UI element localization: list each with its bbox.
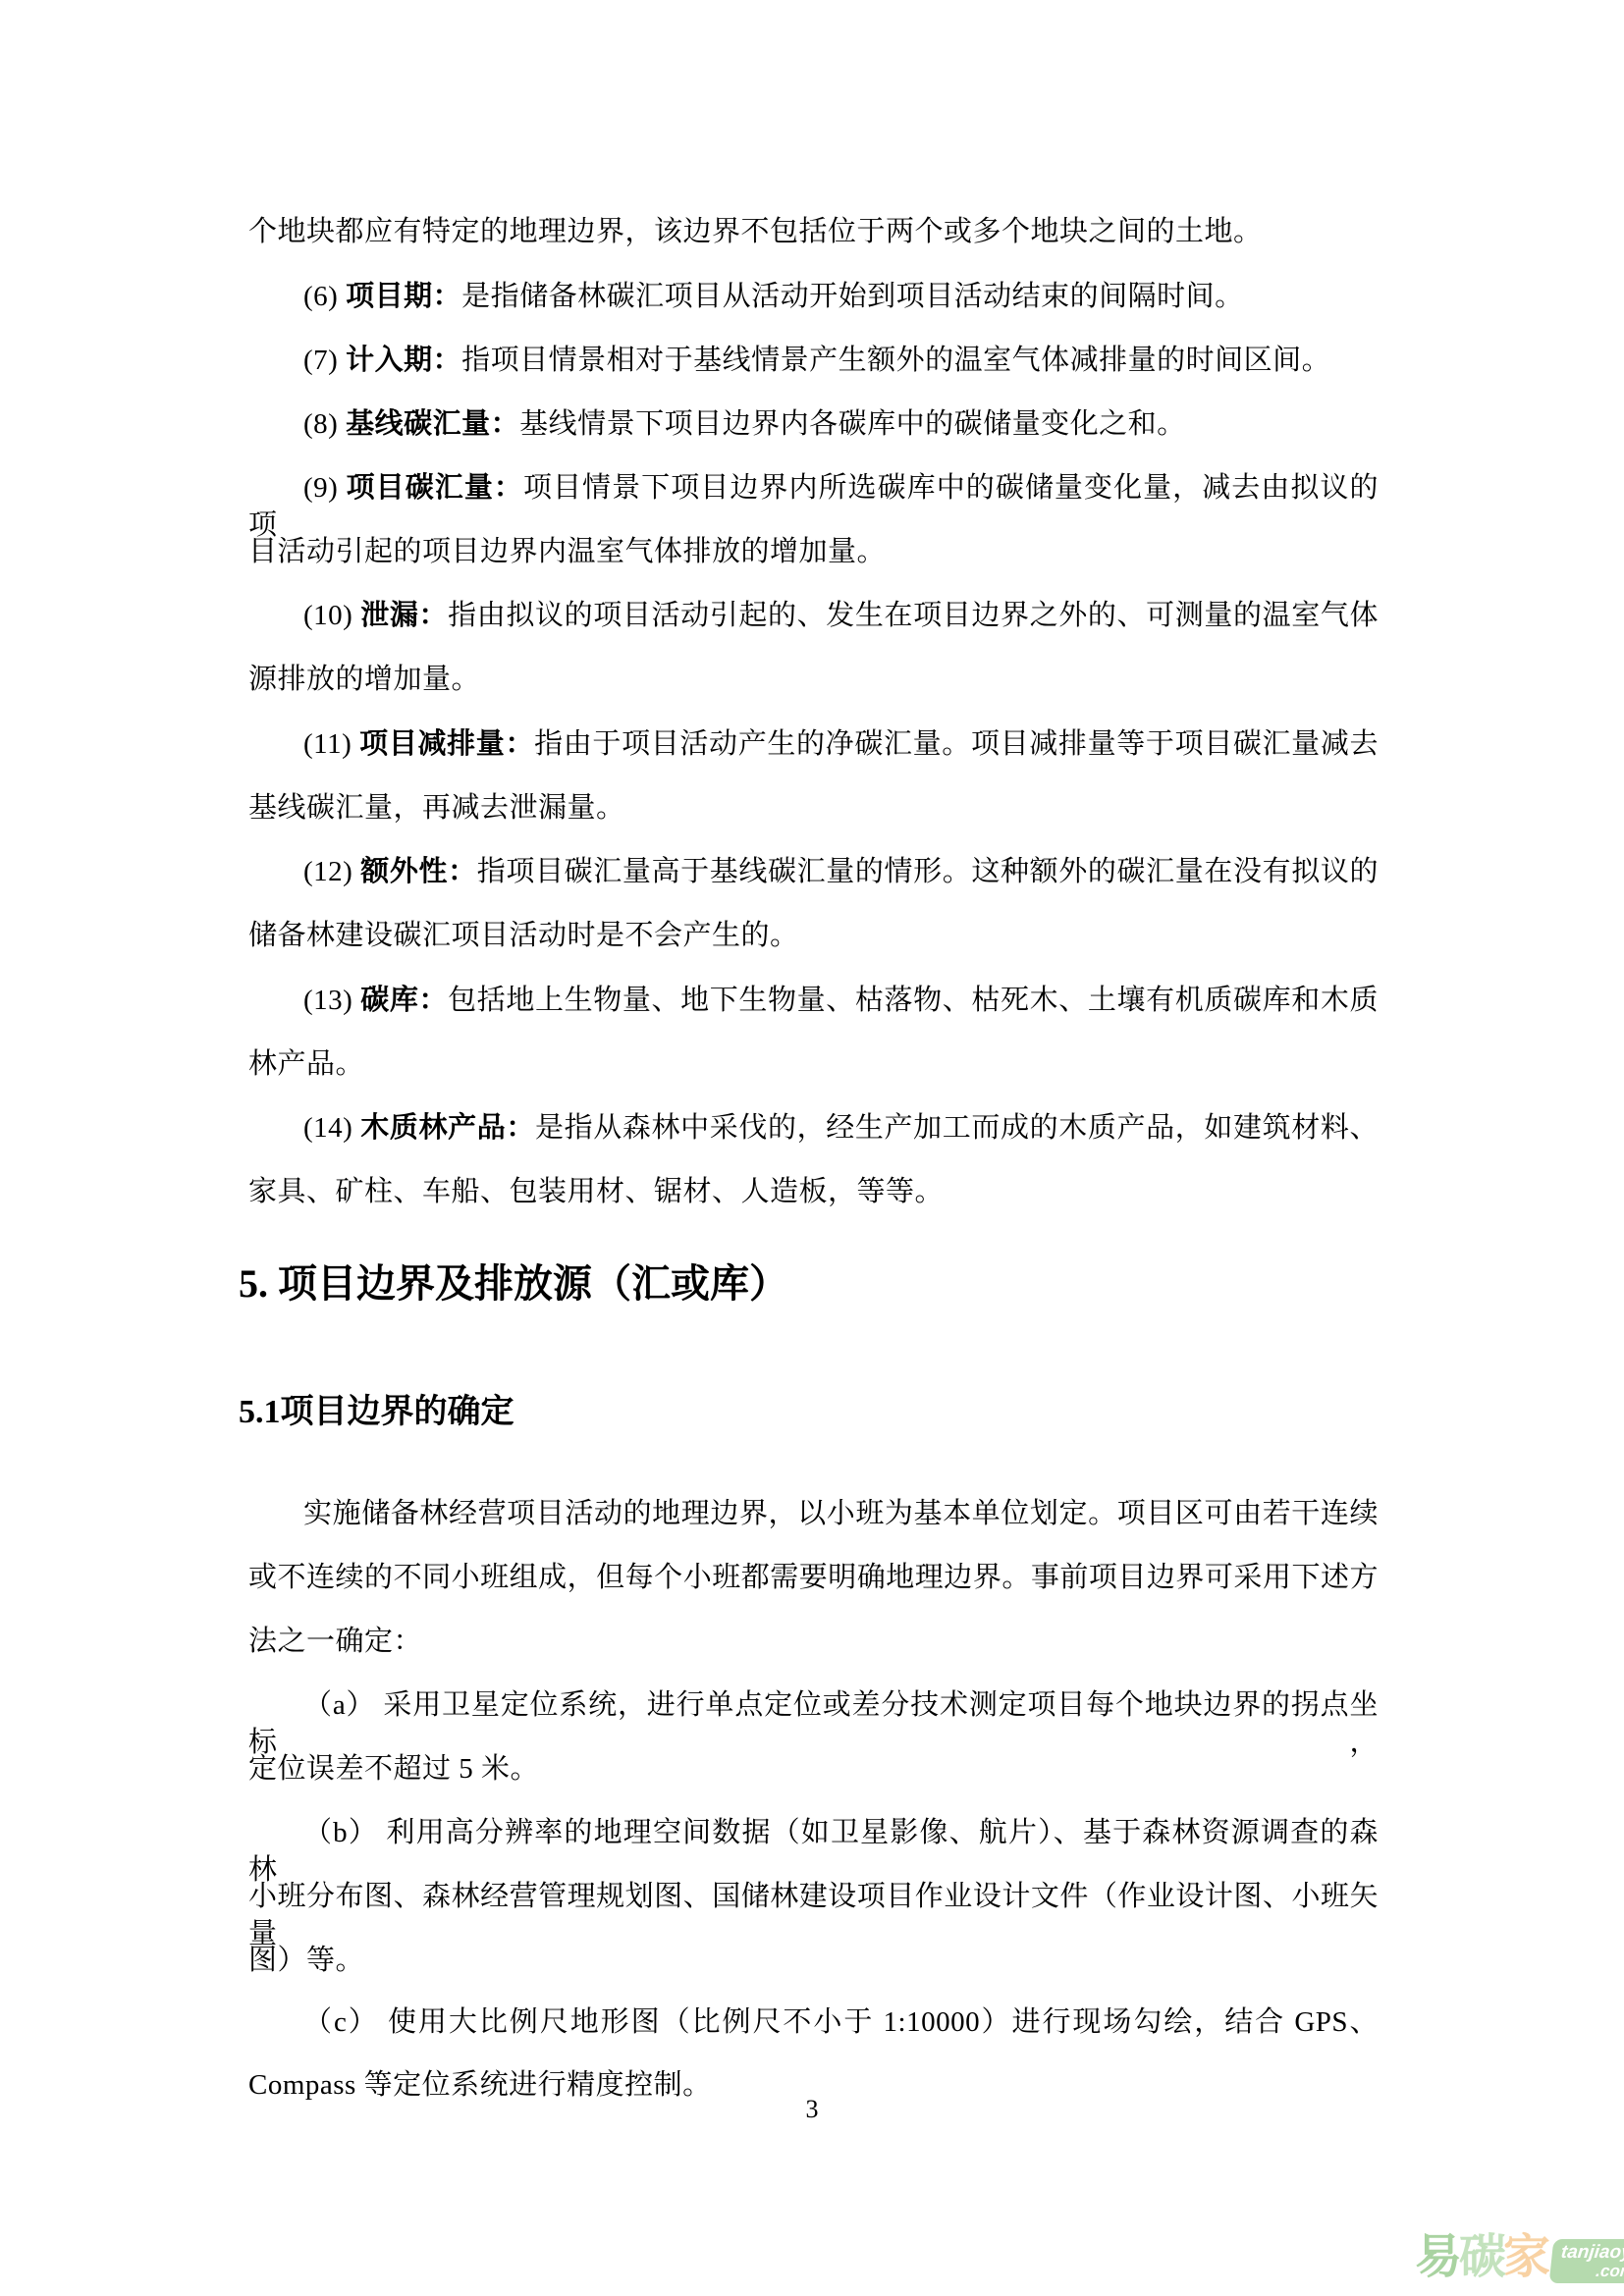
text-line: 或不连续的不同小班组成，但每个小班都需要明确地理边界。事前项目边界可采用下述方 — [248, 1559, 1379, 1596]
text-segment: 储备林建设碳汇项目活动时是不会产生的。 — [248, 920, 799, 951]
text-segment: 图）等。 — [248, 1945, 364, 1976]
text-segment: (9) — [303, 472, 347, 504]
text-line: 法之一确定： — [248, 1623, 1379, 1660]
term-label: 项目期： — [346, 281, 461, 312]
text-segment: 林产品。 — [248, 1048, 364, 1080]
section-heading-5: 5. 项目边界及排放源（汇或库） — [239, 1253, 788, 1308]
text-line: 家具、矿柱、车船、包装用材、锯材、人造板，等等。 — [248, 1173, 1379, 1210]
text-segment: (13) — [303, 985, 360, 1016]
text-segment: 小班分布图、森林经营管理规划图、国储林建设项目作业设计文件（作业设计图、小班矢量 — [248, 1881, 1379, 1949]
term-label: 碳库： — [360, 985, 448, 1016]
term-label: 额外性： — [360, 856, 477, 887]
text-line: (10) 泄漏：指由拟议的项目活动引起的、发生在项目边界之外的、可测量的温室气体 — [248, 597, 1379, 634]
text-segment: 包括地上生物量、地下生物量、枯落物、枯死木、土壤有机质碳库和木质 — [448, 985, 1379, 1016]
text-line: 定位误差不超过 5 米。 — [248, 1750, 1379, 1788]
watermark-char-tan: 碳 — [1459, 2226, 1503, 2289]
term-label: 项目碳汇量： — [347, 472, 523, 504]
text-line: 图）等。 — [248, 1942, 1379, 1979]
term-label: 计入期： — [346, 345, 461, 376]
term-label: 基线碳汇量： — [346, 408, 519, 440]
text-segment: (6) — [303, 281, 346, 312]
text-segment: 实施储备林经营项目活动的地理边界，以小班为基本单位划定。项目区可由若干连续 — [303, 1498, 1379, 1529]
text-line: (14) 木质林产品：是指从森林中采伐的，经生产加工而成的木质产品，如建筑材料、 — [248, 1109, 1379, 1147]
page-number: 3 — [0, 2095, 1624, 2124]
text-segment: 或不连续的不同小班组成，但每个小班都需要明确地理边界。事前项目边界可采用下述方 — [248, 1562, 1379, 1593]
text-segment: (10) — [303, 600, 360, 631]
text-segment: （a） 采用卫星定位系统，进行单点定位或差分技术测定项目每个地块边界的拐点坐标， — [248, 1689, 1379, 1758]
text-line: 个地块都应有特定的地理边界，该边界不包括位于两个或多个地块之间的土地。 — [248, 213, 1379, 250]
watermark-badge-tld: .com — [1558, 2263, 1624, 2279]
text-line: (8) 基线碳汇量：基线情景下项目边界内各碳库中的碳储量变化之和。 — [248, 405, 1379, 443]
text-segment: 指由拟议的项目活动引起的、发生在项目边界之外的、可测量的温室气体 — [448, 600, 1379, 631]
text-line: (12) 额外性：指项目碳汇量高于基线碳汇量的情形。这种额外的碳汇量在没有拟议的 — [248, 853, 1379, 890]
text-line: 储备林建设碳汇项目活动时是不会产生的。 — [248, 917, 1379, 954]
text-segment: 指项目情景相对于基线情景产生额外的温室气体减排量的时间区间。 — [461, 345, 1330, 376]
text-segment: 法之一确定： — [248, 1626, 422, 1657]
text-segment: 目活动引起的项目边界内温室气体排放的增加量。 — [248, 536, 886, 567]
text-segment: 个地块都应有特定的地理边界，该边界不包括位于两个或多个地块之间的土地。 — [248, 216, 1263, 247]
text-segment: 基线碳汇量，再减去泄漏量。 — [248, 792, 625, 824]
text-segment: (8) — [303, 408, 346, 440]
watermark-badge: tanjiaoyi .com — [1549, 2239, 1624, 2283]
document-page: 个地块都应有特定的地理边界，该边界不包括位于两个或多个地块之间的土地。(6) 项… — [0, 0, 1624, 2296]
text-segment: (7) — [303, 345, 346, 376]
text-segment: 是指储备林碳汇项目从活动开始到项目活动结束的间隔时间。 — [461, 281, 1244, 312]
text-line: 实施储备林经营项目活动的地理边界，以小班为基本单位划定。项目区可由若干连续 — [248, 1495, 1379, 1532]
text-line: (13) 碳库：包括地上生物量、地下生物量、枯落物、枯死木、土壤有机质碳库和木质 — [248, 982, 1379, 1019]
text-line: (11) 项目减排量：指由于项目活动产生的净碳汇量。项目减排量等于项目碳汇量减去 — [248, 725, 1379, 763]
text-line: 基线碳汇量，再减去泄漏量。 — [248, 789, 1379, 827]
text-segment: 家具、矿柱、车船、包装用材、锯材、人造板，等等。 — [248, 1176, 944, 1207]
watermark-badge-domain: tanjiaoyi — [1560, 2242, 1624, 2263]
term-label: 泄漏： — [360, 600, 448, 631]
text-line: 林产品。 — [248, 1045, 1379, 1083]
text-segment: 基线情景下项目边界内各碳库中的碳储量变化之和。 — [519, 408, 1186, 440]
text-segment: 定位误差不超过 5 米。 — [248, 1753, 539, 1785]
section-heading-5-1: 5.1项目边界的确定 — [239, 1384, 514, 1432]
text-segment: 源排放的增加量。 — [248, 664, 480, 695]
text-line: 目活动引起的项目边界内温室气体排放的增加量。 — [248, 533, 1379, 570]
watermark-char-jia: 家 — [1503, 2226, 1547, 2289]
watermark-char-yi: 易 — [1415, 2226, 1459, 2289]
term-label: 项目减排量： — [359, 728, 534, 760]
text-segment: 指项目碳汇量高于基线碳汇量的情形。这种额外的碳汇量在没有拟议的 — [477, 856, 1379, 887]
text-segment: （b） 利用高分辨率的地理空间数据（如卫星影像、航片）、基于森林资源调查的森林 — [248, 1817, 1379, 1886]
term-label: 木质林产品： — [360, 1112, 535, 1144]
text-segment: (14) — [303, 1112, 360, 1144]
text-line: (6) 项目期：是指储备林碳汇项目从活动开始到项目活动结束的间隔时间。 — [248, 278, 1379, 315]
text-segment: (12) — [303, 856, 360, 887]
text-segment: (11) — [303, 728, 359, 760]
text-segment: 指由于项目活动产生的净碳汇量。项目减排量等于项目碳汇量减去 — [534, 728, 1379, 760]
text-line: （c） 使用大比例尺地形图（比例尺不小于 1:10000）进行现场勾绘，结合 G… — [248, 2003, 1379, 2041]
text-segment: 是指从森林中采伐的，经生产加工而成的木质产品，如建筑材料、 — [535, 1112, 1379, 1144]
text-line: (7) 计入期：指项目情景相对于基线情景产生额外的温室气体减排量的时间区间。 — [248, 342, 1379, 379]
tanjiaoyi-watermark-logo: 易 碳 家 tanjiaoyi .com — [1415, 2226, 1624, 2289]
text-line: 源排放的增加量。 — [248, 661, 1379, 698]
text-segment: （c） 使用大比例尺地形图（比例尺不小于 1:10000）进行现场勾绘，结合 G… — [303, 2006, 1379, 2038]
